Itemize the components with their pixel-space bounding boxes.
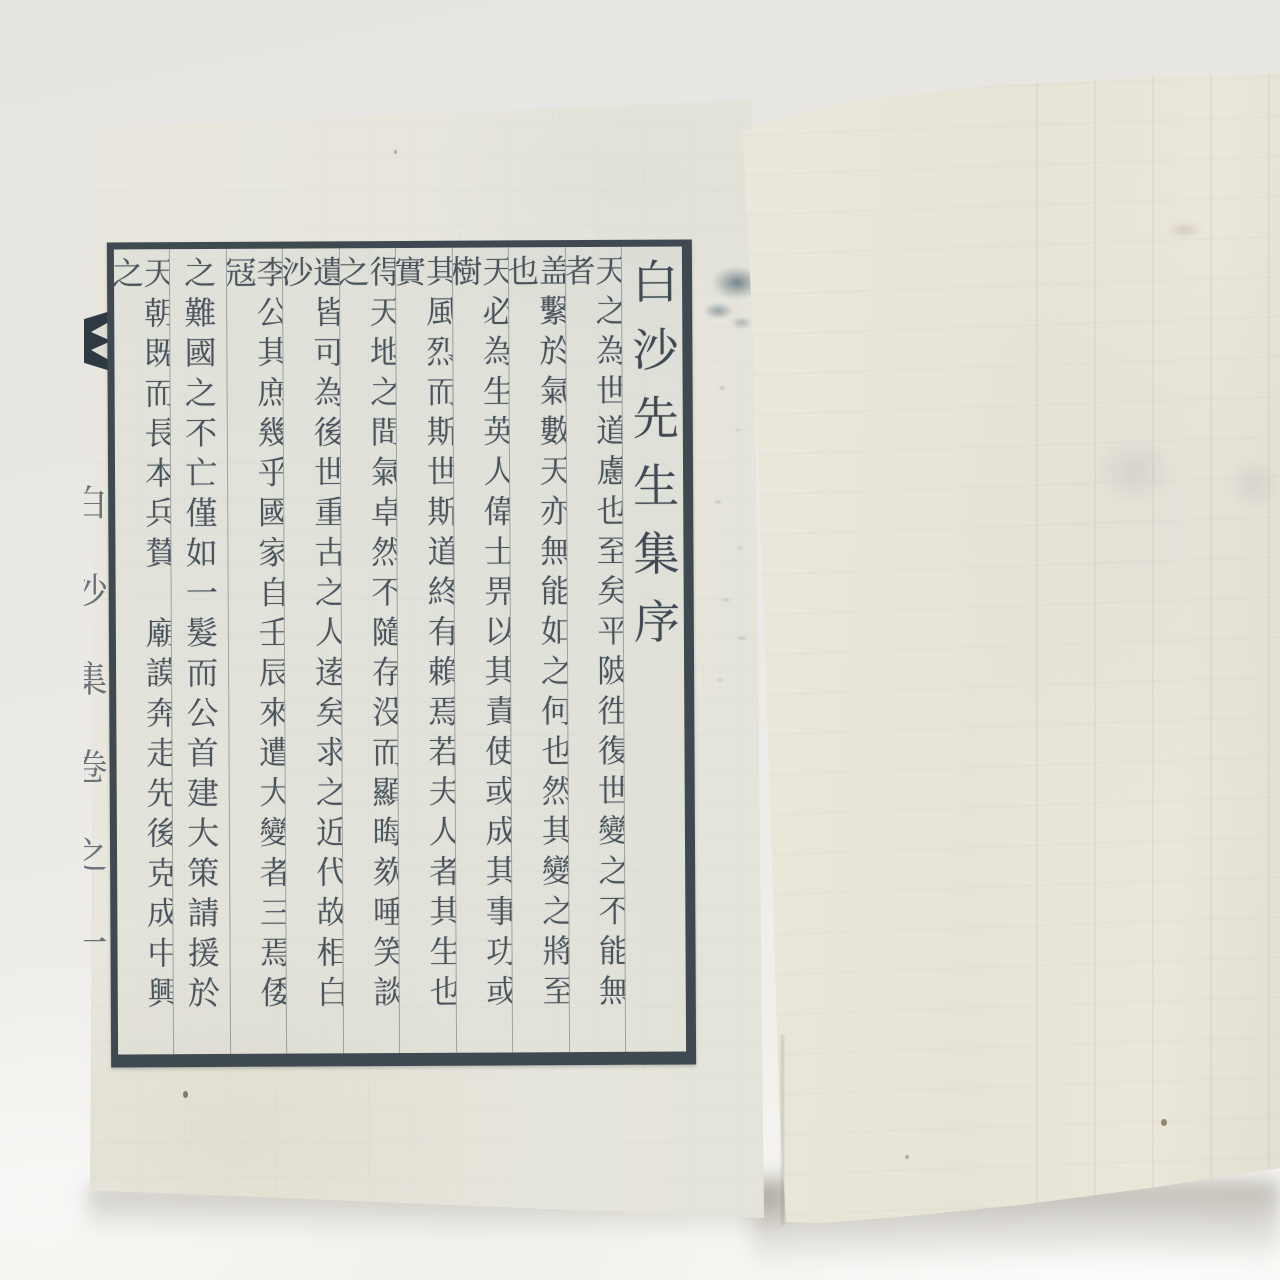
printed-text-frame: 白沙先生集序 天之為世道慮也至矣平陂徃復世變之不能無者 盖繫於氣數天亦無能如之何…	[107, 239, 696, 1067]
preface-title: 白沙先生集序	[629, 247, 677, 666]
text-column-2: 盖繫於氣數天亦無能如之何也然其變之將至也	[508, 247, 569, 1052]
column-text: 其風烈而斯世斯道終有賴焉若夫人者其生也實	[395, 248, 456, 1053]
stain-speck	[905, 1155, 909, 1159]
column-text: 遺皆可為後世重古之人逺矣求之近代故相白沙	[282, 248, 343, 1053]
text-column-9: 天朝既而長本兵賛 廟謨奔走先後克成中興之	[114, 249, 174, 1054]
column-text: 天必為生英人偉士畀以其責使或成其事功或樹	[452, 247, 513, 1052]
column-text: 天之為世道慮也至矣平陂徃復世變之不能無者	[565, 247, 626, 1052]
text-column-3: 天必為生英人偉士畀以其責使或成其事功或樹	[452, 247, 513, 1052]
paper-stain	[1095, 438, 1173, 502]
page-curl-crease	[781, 1035, 784, 1225]
column-text: 天朝既而長本兵賛 廟謨奔走先後克成中興之	[114, 249, 174, 1054]
text-column-7: 李公其庶幾乎國家自壬辰來遭大變者三焉倭冦	[226, 249, 287, 1054]
column-text: 之難國之不亡僅如一髮而公首建大策請援於	[182, 249, 218, 1016]
text-column-8: 之難國之不亡僅如一髮而公首建大策請援於	[169, 249, 230, 1054]
text-column-5: 得天地之間氣卓然不隨存没而顯晦欬唾笑談之	[339, 248, 400, 1053]
stain-speck	[394, 150, 397, 154]
paper-stain	[1168, 222, 1202, 238]
text-column-4: 其風烈而斯世斯道終有賴焉若夫人者其生也實	[395, 248, 456, 1053]
column-text: 得天地之間氣卓然不隨存没而顯晦欬唾笑談之	[339, 248, 400, 1053]
photo-of-open-book: 白沙集卷之一 白沙先生集序 天之為世道慮也至矣平陂徃復世變之不能無者 盖繫於氣數…	[0, 0, 1280, 1280]
stain-speck	[1161, 1119, 1167, 1126]
column-text: 李公其庶幾乎國家自壬辰來遭大變者三焉倭冦	[226, 249, 287, 1054]
text-column-1: 天之為世道慮也至矣平陂徃復世變之不能無者	[565, 247, 626, 1052]
paper-stain	[1228, 458, 1280, 510]
column-text: 盖繫於氣數天亦無能如之何也然其變之將至也	[508, 247, 569, 1052]
spine-volume-label: 白沙集卷之一	[84, 484, 104, 1012]
ink-offset-smudges	[700, 270, 760, 710]
stain-speck	[183, 1091, 188, 1098]
title-column: 白沙先生集序	[621, 247, 686, 1052]
text-column-6: 遺皆可為後世重古之人逺矣求之近代故相白沙	[282, 248, 343, 1053]
